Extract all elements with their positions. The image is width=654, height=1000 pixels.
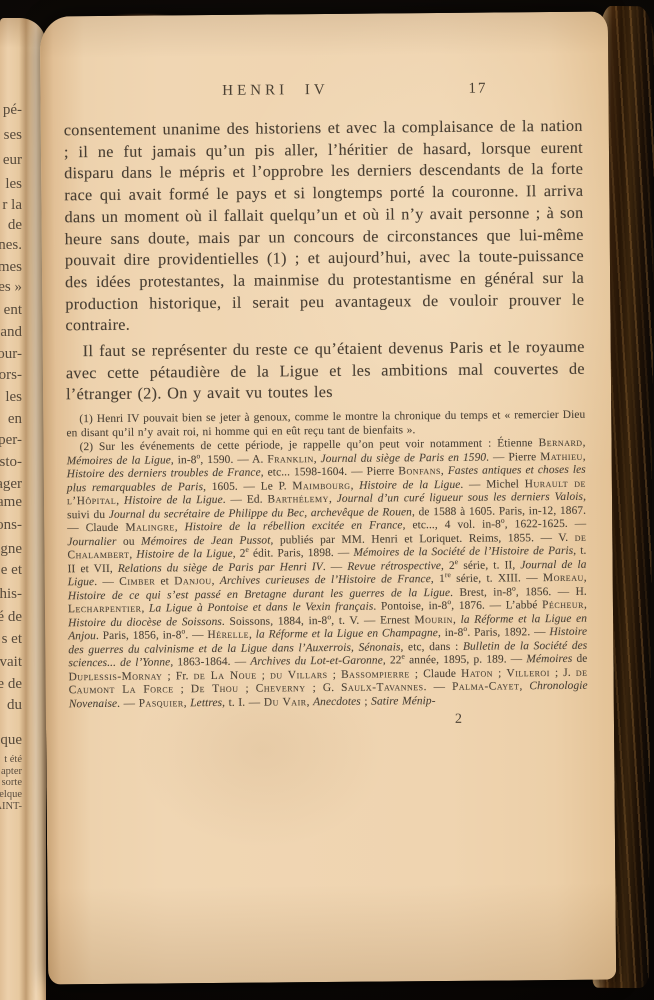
footnote-text-segment: La Ligue à Pontoise et dans le Vexin fra… — [149, 601, 373, 615]
footnote-text-segment: , etc, dans : — [400, 640, 463, 653]
footnote-text-segment: , — [519, 680, 529, 692]
facing-page-text-fragment: s et — [0, 632, 22, 647]
paragraph-1: consentement unanime des historiens et a… — [64, 116, 585, 338]
facing-page-text-fragment: les — [0, 177, 22, 192]
page-title: HENRI IV — [63, 81, 487, 102]
footnote-text-segment: , 1856. — H. — [516, 585, 587, 598]
facing-page-text-fragment: gne — [0, 542, 22, 557]
footnote-text-segment: Journalier — [67, 535, 116, 547]
footnote-1: (1) Henri IV pouvait bien se jeter à gen… — [66, 409, 585, 441]
footnote-text-segment: Bernard — [539, 437, 583, 449]
footnote-text-segment: Pasquier — [139, 697, 184, 709]
facing-page-text-fragment: de — [0, 218, 22, 233]
footnote-text-segment: , etc..., 4 vol. in-8 — [403, 519, 501, 532]
footnote-text-segment: Journal d’un curé ligueur sous les derni… — [337, 491, 583, 505]
footnote-text-segment: Barthélemy — [267, 493, 329, 506]
footnote-text-segment: édit. Paris, 1898. — — [249, 547, 354, 560]
facing-page-text-fragment: t été — [0, 755, 22, 766]
type-area: HENRI IV 17 consentement unanime des his… — [63, 12, 588, 732]
facing-page-text-fragment: en — [0, 412, 22, 427]
facing-page-text-fragment: é de — [0, 610, 22, 625]
footnote-text-segment: ; — [257, 669, 271, 681]
footnote-text-segment: Duplessis-Mornay — [68, 670, 162, 683]
book-page: HENRI IV 17 consentement unanime des his… — [40, 12, 616, 985]
footnote-text-segment: Bonfans — [398, 465, 441, 477]
footnotes-section: (1) Henri IV pouvait bien se jeter à gen… — [66, 409, 588, 712]
footnote-text-segment: Lecharpentier — [68, 603, 142, 616]
facing-page-text-fragment: his- — [0, 587, 22, 602]
footnote-text-segment: Revue rétrospective — [347, 560, 441, 573]
footnote-text-segment: . — — [424, 681, 453, 693]
footnote-text-segment: Du Vair — [264, 696, 307, 708]
footnote-text-segment: , t. I. — — [222, 696, 264, 708]
footnote-text-segment: Saulx-Tavannes — [341, 681, 424, 694]
facing-page-text-fragment: pé- — [0, 103, 22, 118]
footnote-text-segment: de — [572, 653, 587, 665]
footnote-text-segment: et — [155, 575, 174, 587]
footnote-text-segment: Pécheur — [542, 599, 584, 611]
footnote-text-segment: Mathieu — [540, 450, 583, 462]
footnote-2: (2) Sur les événements de cette période,… — [66, 437, 587, 712]
footnote-text-segment: , — [584, 599, 587, 611]
footnote-text-segment: Archives du Lot-et-Garonne — [250, 655, 383, 668]
footnote-text-segment: , in-8 — [438, 627, 464, 639]
facing-page-text-fragment: ent — [0, 303, 22, 318]
footnote-text-segment: Histoire de la Ligue — [124, 494, 223, 507]
footnote-text-segment: ; G. — [306, 682, 342, 694]
footnote-text-segment: Mémoires de la Ligue — [67, 454, 171, 467]
footnote-text-segment: , 1590. — A. — [200, 453, 267, 466]
signature-mark: 2 — [69, 711, 588, 732]
footnote-text-segment: Histoire de la rébellion excitée en Fran… — [185, 519, 403, 533]
footnote-text-segment: . Soissons, 1884, in-8 — [222, 615, 328, 628]
facing-page-text-fragment: es » — [0, 280, 22, 295]
facing-page-text-fragment: vait — [0, 655, 22, 670]
footnote-text-segment: Villeroi — [506, 667, 549, 679]
footnote-text-segment: série, t. II, — [458, 559, 520, 572]
footnote-text-segment: ; Fr. — [162, 670, 193, 682]
footnote-text-segment: . — Michel — [460, 478, 524, 491]
footnote-text-segment: Palma-Cayet — [452, 680, 519, 693]
footnote-text-segment: ; — [361, 695, 371, 707]
footnote-text-segment: ou — [116, 535, 141, 547]
facing-page-edge: pé-seseurlesr ladenes.meses »entandour-o… — [0, 18, 46, 1000]
footnote-text-segment: Mourin — [414, 614, 453, 626]
footnote-text-segment: . — — [94, 576, 119, 588]
running-head: HENRI IV 17 — [63, 81, 487, 105]
footnote-text-segment: , — [583, 437, 586, 449]
facing-page-text-fragment: les — [0, 390, 22, 405]
footnote-text-segment: ; — [174, 683, 191, 695]
footnote-text-segment: ; — [493, 667, 507, 679]
footnote-text-segment: . — — [323, 560, 348, 572]
facing-page-text-fragment: que — [0, 733, 22, 748]
footnote-text-segment: Mémoires de Jean Pussot — [141, 534, 270, 547]
footnote-text-segment: , in-8 — [171, 454, 197, 466]
footnote-text-segment: Franklin — [267, 453, 313, 465]
footnote-text-segment: Hérelle — [207, 629, 249, 641]
footnote-text-segment: . Pontoise, in-8 — [373, 600, 447, 613]
footnote-text-segment: , — [175, 521, 185, 533]
footnote-text-segment: , — [141, 603, 149, 615]
facing-page-text-fragment: nes. — [0, 238, 22, 253]
facing-page-text-fragment: per- — [0, 433, 22, 448]
footnote-text-segment: ; — [238, 683, 255, 695]
footnote-text-segment: Mémoires — [526, 653, 572, 665]
footnote-text-segment: . — — [185, 629, 207, 641]
footnote-text-segment: Maimbourg — [292, 479, 350, 492]
footnote-text-segment: De Thou — [191, 683, 239, 695]
footnote-text-segment: Bassompierre — [341, 668, 410, 681]
facing-page-text-fragment: ame — [0, 495, 22, 510]
footnote-text-segment: Danjou — [174, 575, 212, 587]
facing-page-text-fragment: ors- — [0, 368, 22, 383]
footnote-text-segment: , — [583, 450, 586, 462]
facing-page-text-fragment: our- — [0, 347, 22, 362]
footnote-text-segment: année, 1895, p. 189. — — [405, 653, 527, 666]
footnote-text-segment: Mémoires de la Société de l’Histoire de … — [353, 545, 573, 559]
facing-page-text-fragment: sorte — [0, 778, 22, 789]
footnote-text-segment: . Paris, 1856, in-8 — [96, 629, 182, 642]
facing-page-text-fragment: ons- — [0, 518, 22, 533]
facing-page-text-fragment: AINT- — [0, 802, 22, 813]
footnote-text-segment: Lettres — [190, 697, 222, 709]
footnote-text-segment: du Villars — [270, 669, 328, 682]
facing-page-text-fragment: ses — [0, 128, 22, 143]
footnote-text-segment: , 1622-1625. — — [505, 518, 587, 531]
footnote-text-segment: , — [329, 493, 337, 505]
footnote-text-segment: , — [584, 572, 587, 584]
footnote-text-segment: , 1876. — L’abbé — [451, 599, 542, 612]
footnote-text-segment: Cimber — [119, 576, 155, 588]
footnote-text-segment: de La Noue — [194, 669, 257, 682]
footnote-text-segment: Journal du siège de Paris en 1590 — [321, 451, 487, 464]
footnote-text-segment: , 1605. — Le P. — [203, 480, 292, 493]
footnote-text-segment: Relations du siège de Paris par Henri IV — [118, 561, 323, 575]
facing-page-text-fragment: e et — [0, 563, 22, 578]
footnote-text-segment: Histoire du diocèse de Soissons — [68, 616, 222, 629]
photo-background: pé-seseurlesr ladenes.meses »entandour-o… — [0, 0, 654, 1000]
facing-page-text-fragment: apter — [0, 767, 22, 778]
footnote-text-segment: Journal du secrétaire de Philippe du Bec… — [109, 506, 412, 521]
facing-page-text-fragment: ager — [0, 477, 22, 492]
facing-page-text-fragment: eur — [0, 153, 22, 168]
footnote-text-segment: Anecdotes — [313, 695, 361, 707]
footnote-text-segment: Histoire de la Ligue — [359, 478, 460, 491]
footnote-text-segment: . — Ed. — [223, 494, 268, 506]
footnote-text-segment: , publiés par MM. Henri et Loriquet. Rei… — [270, 531, 574, 546]
page-number: 17 — [468, 81, 487, 98]
footnote-text-segment: , etc... 1598-1604. — Pierre — [261, 466, 399, 479]
footnote-text-segment: Histoire des derniers troubles de France — [67, 467, 261, 481]
footnote-text-segment: Malingre — [125, 521, 174, 533]
footnote-text-segment: , 1 — [431, 573, 445, 585]
footnote-text-segment: , 2 — [233, 548, 246, 560]
footnote-text-segment: série, t. XIII. — — [451, 572, 543, 585]
footnote-text-segment: Histoire de la Ligue — [136, 548, 232, 561]
footnote-text-segment: . Brest, in-8 — [450, 586, 512, 599]
footnote-text-segment: , 22 — [383, 655, 402, 667]
facing-page-text-fragment: du — [0, 698, 22, 713]
footnote-text-segment: Satire Ménip- — [371, 695, 436, 708]
facing-page-text-fragment: and — [0, 325, 22, 340]
facing-page-text-fragment: mes — [0, 260, 22, 275]
footnote-text-segment: , t. V. — Ernest — [331, 614, 414, 627]
facing-page-text-fragment: sto- — [0, 455, 22, 470]
footnote-text-segment: Archives curieuses de l’Histoire de Fran… — [220, 573, 431, 587]
footnote-text-segment: . — Pierre — [486, 451, 540, 463]
footnote-text-segment: . Paris, 1892. — — [467, 626, 549, 639]
footnote-text-segment: ; — [328, 669, 342, 681]
footnote-text-segment: Cheverny — [256, 682, 306, 694]
footnote-text-segment: ; Claude — [410, 667, 461, 679]
footnote-text-segment: . — — [117, 697, 139, 709]
facing-page-text-fragment: elque — [0, 790, 22, 801]
footnote-text-segment: ; J. — [550, 666, 576, 678]
footnote-text-segment: , — [116, 495, 124, 507]
footnote-text-segment: , 1863-1864. — — [170, 656, 250, 669]
footnote-text-segment: Moreau — [543, 572, 584, 584]
footnote-text-segment: Haton — [461, 667, 493, 679]
facing-page-text-fragment: r la — [0, 198, 22, 213]
facing-page-text-fragment: e de — [0, 677, 22, 692]
footnote-text-segment: la Réforme et la Ligue en Champagne — [256, 627, 438, 641]
paragraph-2: Il faut se représenter du reste ce qu’ét… — [66, 337, 586, 407]
